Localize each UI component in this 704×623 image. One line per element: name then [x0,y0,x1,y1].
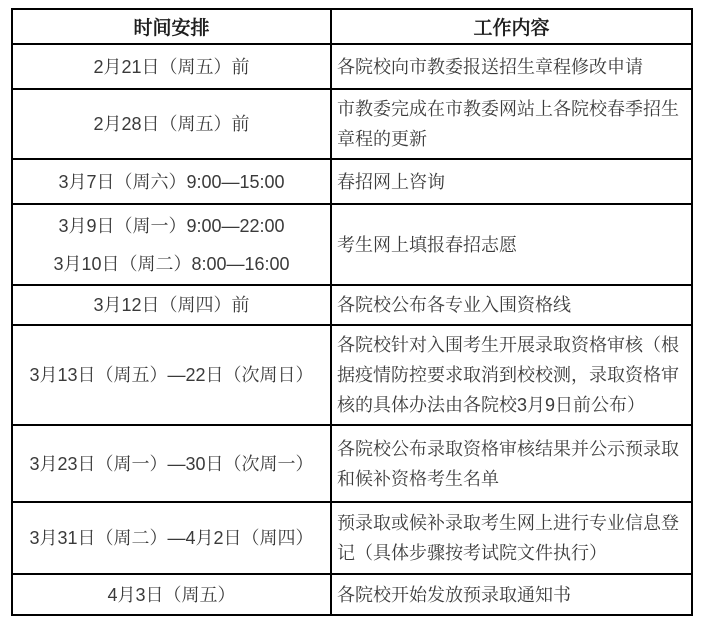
table-row: 2月28日（周五）前 市教委完成在市教委网站上各院校春季招生章程的更新 [12,89,692,159]
content-cell: 考生网上填报春招志愿 [331,204,692,285]
table-row: 3月23日（周一）—30日（次周一） 各院校公布录取资格审核结果并公示预录取和候… [12,425,692,502]
header-time: 时间安排 [12,9,331,44]
time-cell: 3月9日（周一）9:00—22:00 3月10日（周二）8:00—16:00 [12,204,331,285]
table-row: 3月31日（周二）—4月2日（周四） 预录取或候补录取考生网上进行专业信息登记（… [12,502,692,574]
content-cell: 各院校向市教委报送招生章程修改申请 [331,44,692,89]
header-row: 时间安排 工作内容 [12,9,692,44]
table-row: 3月12日（周四）前 各院校公布各专业入围资格线 [12,285,692,325]
time-line: 3月10日（周二）8:00—16:00 [17,250,326,278]
time-cell: 3月7日（周六）9:00—15:00 [12,159,331,204]
table-row: 4月3日（周五） 各院校开始发放预录取通知书 [12,574,692,615]
content-cell: 各院校开始发放预录取通知书 [331,574,692,615]
page: 时间安排 工作内容 2月21日（周五）前 各院校向市教委报送招生章程修改申请 2… [0,0,704,616]
content-cell: 各院校针对入围考生开展录取资格审核（根据疫情防控要求取消到校校测，录取资格审核的… [331,325,692,425]
time-cell: 4月3日（周五） [12,574,331,615]
schedule-table: 时间安排 工作内容 2月21日（周五）前 各院校向市教委报送招生章程修改申请 2… [11,8,693,616]
time-cell: 3月23日（周一）—30日（次周一） [12,425,331,502]
table-row: 2月21日（周五）前 各院校向市教委报送招生章程修改申请 [12,44,692,89]
content-cell: 预录取或候补录取考生网上进行专业信息登记（具体步骤按考试院文件执行） [331,502,692,574]
content-cell: 春招网上咨询 [331,159,692,204]
table-row: 3月13日（周五）—22日（次周日） 各院校针对入围考生开展录取资格审核（根据疫… [12,325,692,425]
header-content: 工作内容 [331,9,692,44]
time-line: 3月9日（周一）9:00—22:00 [17,212,326,240]
time-cell: 3月12日（周四）前 [12,285,331,325]
time-cell: 3月13日（周五）—22日（次周日） [12,325,331,425]
time-cell: 2月21日（周五）前 [12,44,331,89]
table-row: 3月7日（周六）9:00—15:00 春招网上咨询 [12,159,692,204]
time-cell: 3月31日（周二）—4月2日（周四） [12,502,331,574]
time-cell: 2月28日（周五）前 [12,89,331,159]
content-cell: 各院校公布录取资格审核结果并公示预录取和候补资格考生名单 [331,425,692,502]
content-cell: 市教委完成在市教委网站上各院校春季招生章程的更新 [331,89,692,159]
content-cell: 各院校公布各专业入围资格线 [331,285,692,325]
table-row: 3月9日（周一）9:00—22:00 3月10日（周二）8:00—16:00 考… [12,204,692,285]
